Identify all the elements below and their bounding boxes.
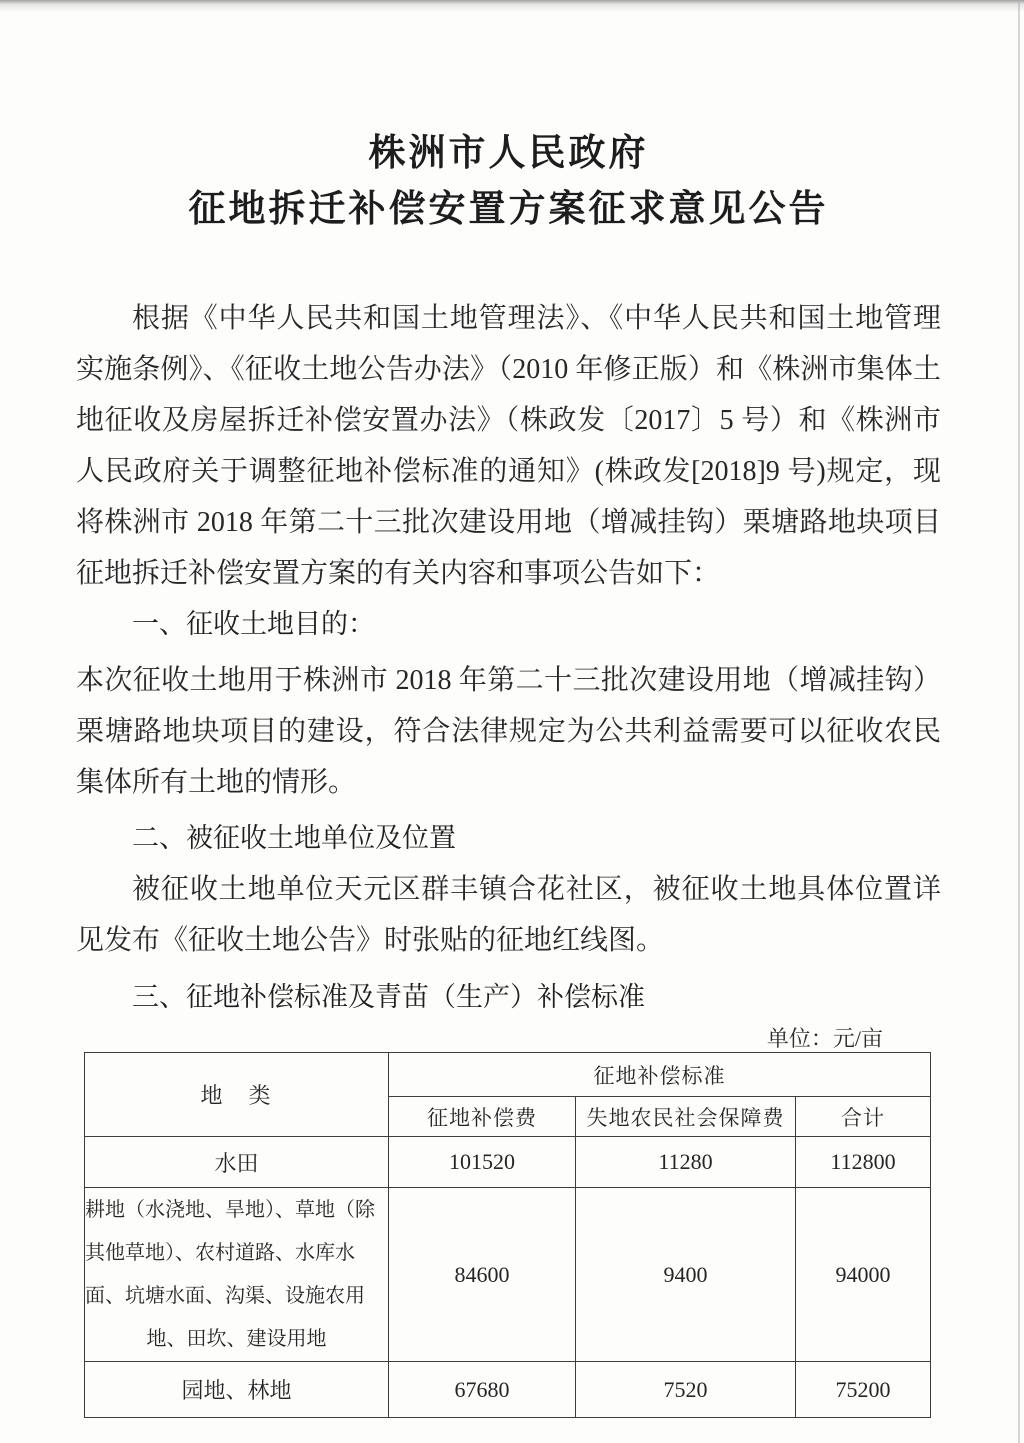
land-type-line: 其他草地）、农村道路、水库水 <box>85 1232 388 1275</box>
land-type-cell: 水田 <box>85 1137 389 1188</box>
table-header-row-1: 地 类 征地补偿标准 <box>85 1053 931 1097</box>
section-1-paragraph: 本次征收土地用于株洲市 2018 年第二十三批次建设用地（增减挂钩）栗塘路地块项… <box>76 655 941 808</box>
header-total: 合计 <box>796 1097 931 1137</box>
compensation-cell: 84600 <box>389 1188 576 1362</box>
table-row-cultivated-land: 耕地（水浇地、旱地）、草地（除 其他草地）、农村道路、水库水 面、坑塘水面、沟渠… <box>85 1188 931 1362</box>
section-3-heading: 三、征地补偿标准及青苗（生产）补偿标准 <box>76 972 941 1023</box>
social-security-cell: 7520 <box>576 1362 796 1418</box>
total-cell: 112800 <box>796 1137 931 1188</box>
table-row-paddy-field: 水田 101520 11280 112800 <box>85 1137 931 1188</box>
land-type-cell: 园地、林地 <box>85 1362 389 1418</box>
compensation-cell: 67680 <box>389 1362 576 1418</box>
table-unit-label: 单位：元/亩 <box>76 1026 941 1052</box>
document-title: 株洲市人民政府 征地拆迁补偿安置方案征求意见公告 <box>76 126 941 238</box>
land-type-line: 面、坑塘水面、沟渠、设施农用 <box>85 1275 388 1318</box>
header-compensation-fee: 征地补偿费 <box>389 1097 576 1137</box>
header-land-type: 地 类 <box>85 1053 389 1137</box>
total-cell: 94000 <box>796 1188 931 1362</box>
section-2-paragraph: 被征收土地单位天元区群丰镇合花社区，被征收土地具体位置详见发布《征收土地公告》时… <box>76 864 941 966</box>
section-2-heading: 二、被征收土地单位及位置 <box>76 813 941 864</box>
land-type-line: 耕地（水浇地、旱地）、草地（除 <box>85 1189 388 1232</box>
table-row-garden-forest: 园地、林地 67680 7520 75200 <box>85 1362 931 1418</box>
title-line-1: 株洲市人民政府 <box>76 126 941 182</box>
document-page: 株洲市人民政府 征地拆迁补偿安置方案征求意见公告 根据《中华人民共和国土地管理法… <box>0 0 1024 1443</box>
land-type-cell: 耕地（水浇地、旱地）、草地（除 其他草地）、农村道路、水库水 面、坑塘水面、沟渠… <box>85 1188 389 1362</box>
title-line-2: 征地拆迁补偿安置方案征求意见公告 <box>76 182 941 238</box>
social-security-cell: 9400 <box>576 1188 796 1362</box>
compensation-table: 地 类 征地补偿标准 征地补偿费 失地农民社会保障费 合计 水田 101520 … <box>84 1052 931 1418</box>
section-1-heading: 一、征收土地目的： <box>76 599 941 650</box>
total-cell: 75200 <box>796 1362 931 1418</box>
social-security-cell: 11280 <box>576 1137 796 1188</box>
header-social-security-fee: 失地农民社会保障费 <box>576 1097 796 1137</box>
compensation-cell: 101520 <box>389 1137 576 1188</box>
intro-paragraph: 根据《中华人民共和国土地管理法》、《中华人民共和国土地管理实施条例》、《征收土地… <box>76 293 941 599</box>
land-type-line: 地、田坎、建设用地 <box>85 1318 388 1361</box>
header-compensation-group: 征地补偿标准 <box>389 1053 931 1097</box>
